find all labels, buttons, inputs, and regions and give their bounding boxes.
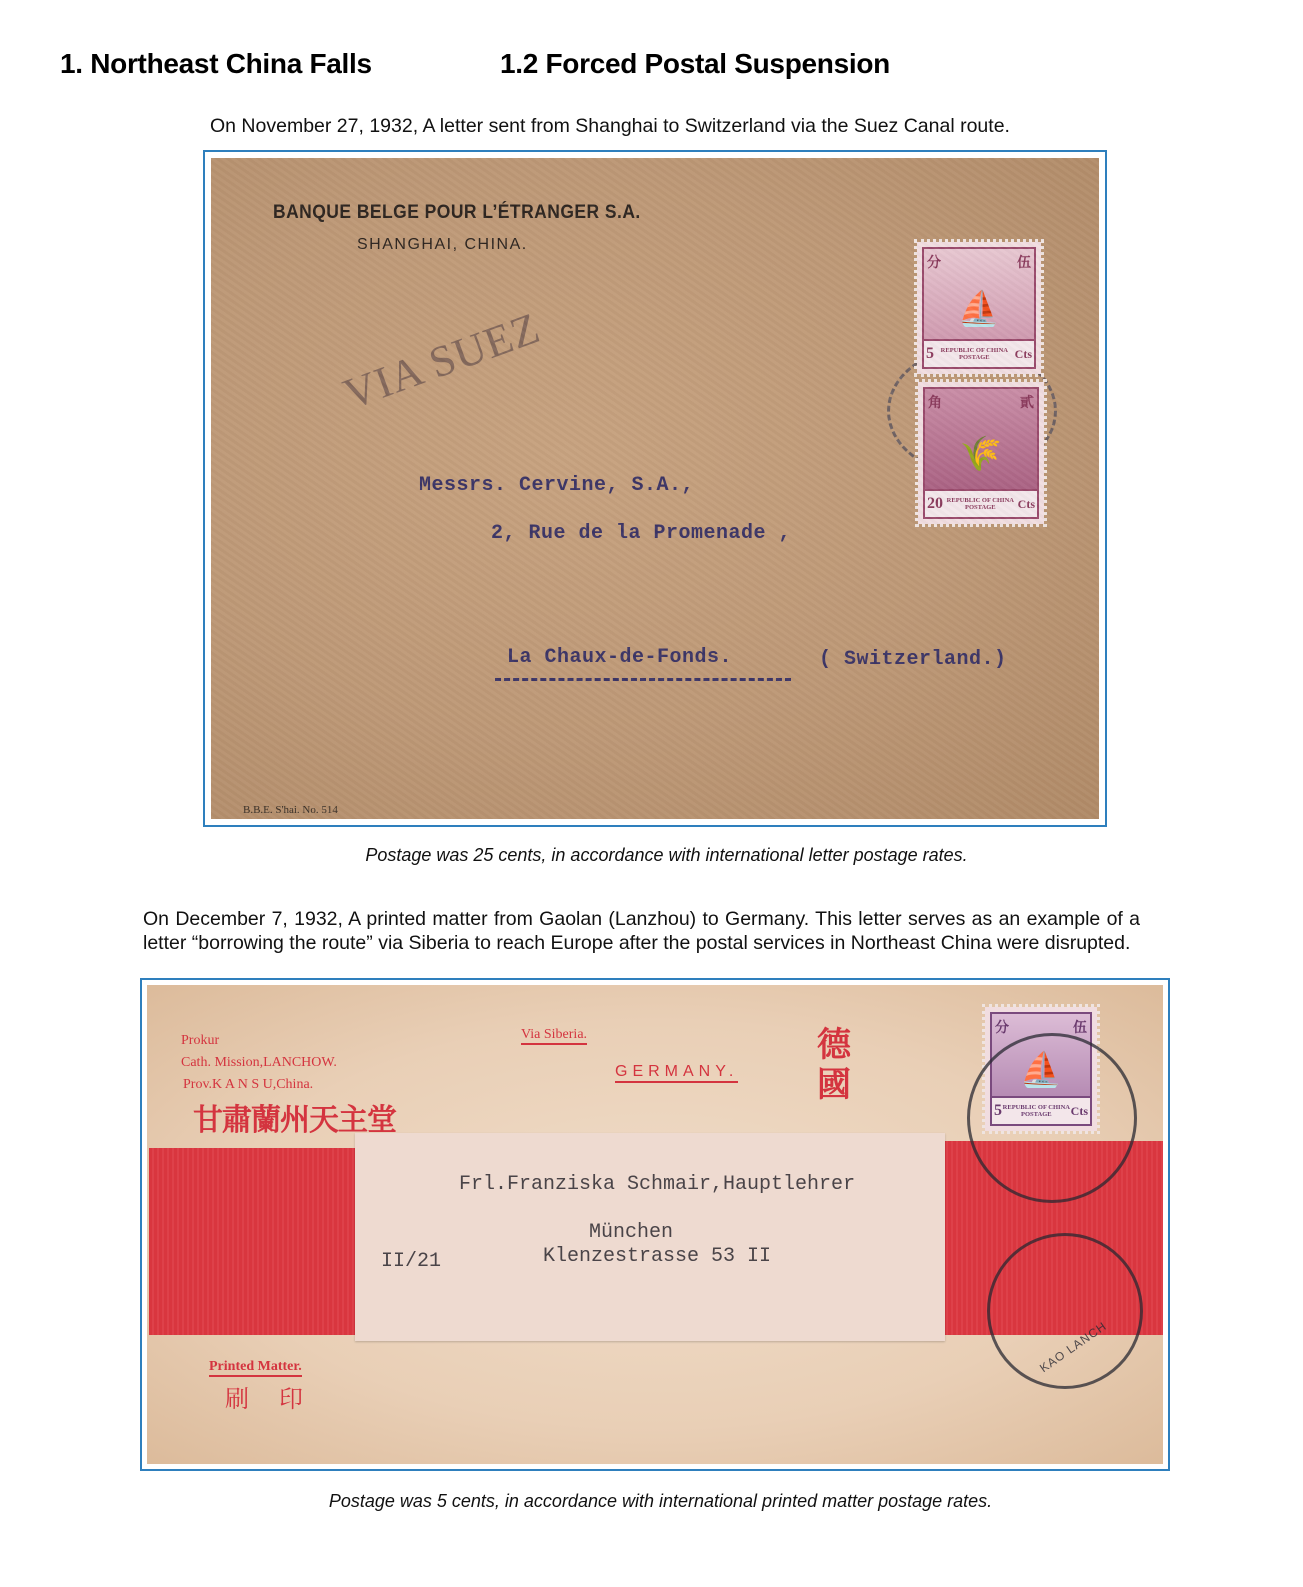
stamp-20-cents: 角 貳 🌾 20 REPUBLIC OF CHINA POSTAGE Cts: [918, 382, 1044, 524]
stamp-value: 5: [926, 345, 934, 363]
printer-mark: B.B.E. S'hai. No. 514: [243, 804, 338, 816]
stamp-inscription: REPUBLIC OF CHINA POSTAGE: [934, 347, 1015, 361]
route-marking: Via Siberia.: [521, 1027, 587, 1045]
underline: [495, 678, 791, 681]
printed-matter-chinese: 刷印: [225, 1379, 333, 1414]
sender-line: Cath. Mission,LANCHOW.: [181, 1055, 337, 1071]
stamp-char-left: 分: [995, 1017, 1009, 1037]
stamp-currency: Cts: [1015, 347, 1032, 362]
item2-intro: On December 7, 1932, A printed matter fr…: [143, 907, 1140, 955]
postmark: KAO LANCH: [987, 1233, 1143, 1389]
address-line: 2, Rue de la Promenade ,: [491, 522, 791, 545]
stamp-char-right: 伍: [1017, 252, 1031, 272]
destination-chinese: 德國: [817, 1025, 857, 1105]
junk-ship-icon: ⛵: [936, 279, 1022, 339]
sender-city: SHANGHAI, CHINA.: [357, 236, 528, 254]
postmark-text: KAO LANCH: [1037, 1319, 1109, 1375]
destination-country: GERMANY.: [615, 1063, 738, 1083]
item2-caption: Postage was 5 cents, in accordance with …: [0, 1491, 1303, 1512]
envelope-image-2: Prokur Cath. Mission,LANCHOW. Prov.K A N…: [140, 978, 1170, 1471]
envelope-1: BANQUE BELGE POUR L’ÉTRANGER S.A. SHANGH…: [211, 158, 1099, 819]
stamp-5-cents: 分 伍 ⛵ 5 REPUBLIC OF CHINA POSTAGE Cts: [917, 242, 1041, 374]
recipient-line: Klenzestrasse 53 II: [543, 1245, 771, 1268]
postmark: [887, 346, 1057, 476]
item1-caption: Postage was 25 cents, in accordance with…: [0, 845, 1303, 866]
stamp-inscription: REPUBLIC OF CHINA POSTAGE: [943, 497, 1018, 511]
postmark: [967, 1033, 1137, 1203]
envelope-image-1: BANQUE BELGE POUR L’ÉTRANGER S.A. SHANGH…: [203, 150, 1107, 827]
stamp-currency: Cts: [1018, 497, 1035, 512]
red-band-left: [149, 1148, 355, 1335]
stamp-char-left: 角: [928, 392, 942, 412]
address-wrapper: Frl.Franziska Schmair,Hauptlehrer Münche…: [355, 1133, 945, 1341]
address-line: Messrs. Cervine, S.A.,: [419, 474, 694, 497]
reaper-icon: 🌾: [937, 419, 1025, 489]
item1-intro: On November 27, 1932, A letter sent from…: [210, 114, 1010, 138]
sender-line: Prov.K A N S U,China.: [183, 1077, 313, 1093]
sender-name: BANQUE BELGE POUR L’ÉTRANGER S.A.: [273, 202, 641, 224]
route-marking: VIA SUEZ: [337, 302, 547, 420]
stamp-value: 20: [927, 495, 943, 513]
section-title: 1.2 Forced Postal Suspension: [500, 48, 890, 80]
address-line: ( Switzerland.): [819, 648, 1007, 671]
stamp-char-right: 貳: [1020, 392, 1034, 412]
address-line: La Chaux-de-Fonds.: [507, 646, 732, 669]
chapter-title: 1. Northeast China Falls: [60, 48, 372, 80]
stamp-char-right: 伍: [1073, 1017, 1087, 1037]
recipient-line: Frl.Franziska Schmair,Hauptlehrer: [459, 1173, 855, 1196]
recipient-line: München: [589, 1221, 673, 1244]
sender-line: Prokur: [181, 1033, 219, 1049]
stamp-char-left: 分: [927, 252, 941, 272]
reference-number: II/21: [381, 1250, 441, 1273]
printed-matter-label: Printed Matter.: [209, 1359, 302, 1377]
envelope-2: Prokur Cath. Mission,LANCHOW. Prov.K A N…: [147, 985, 1163, 1464]
